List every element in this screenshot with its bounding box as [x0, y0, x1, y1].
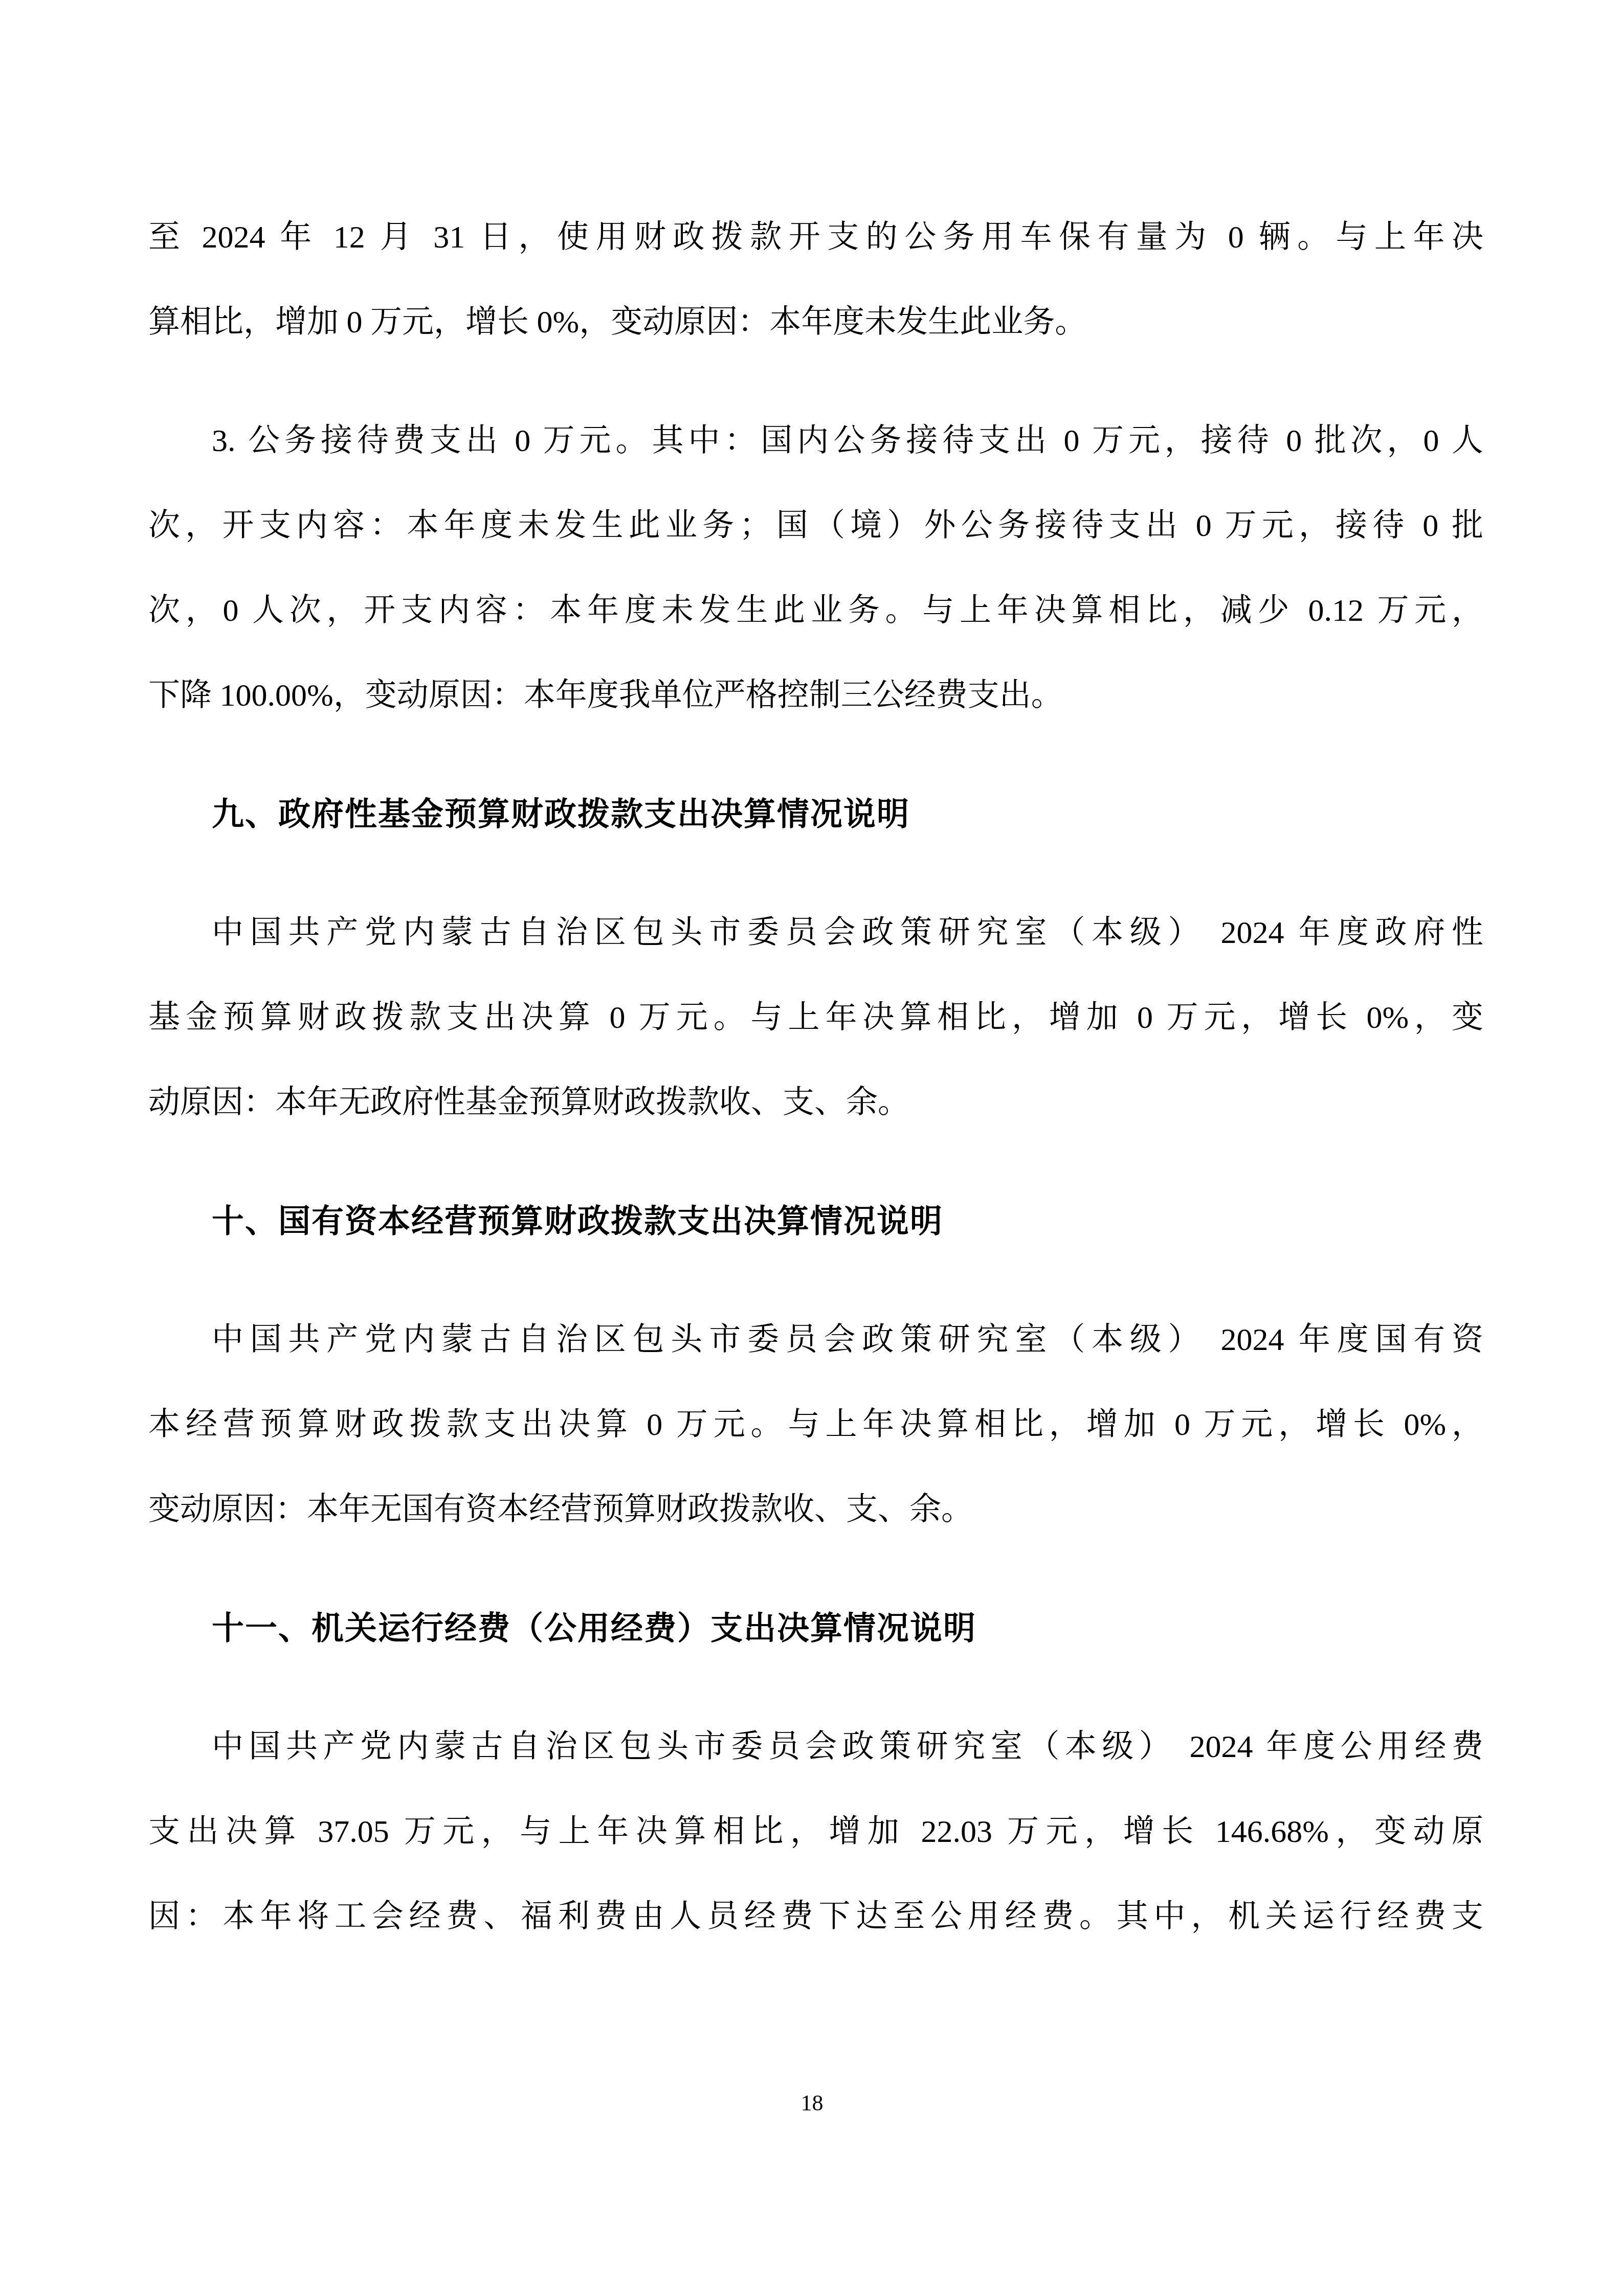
paragraph-operating-expense: 中国共产党内蒙古自治区包头市委员会政策研究室（本级） 2024 年度公用经费 支… — [148, 1704, 1483, 1959]
text-line: 至 2024 年 12 月 31 日，使用财政拨款开支的公务用车保有量为 0 辆… — [148, 195, 1483, 280]
text-line: 中国共产党内蒙古自治区包头市委员会政策研究室（本级） 2024 年度政府性 — [148, 890, 1483, 975]
paragraph-official-vehicle: 至 2024 年 12 月 31 日，使用财政拨款开支的公务用车保有量为 0 辆… — [148, 195, 1483, 365]
heading-section-10-state-capital: 十、国有资本经营预算财政拨款支出决算情况说明 — [148, 1179, 1483, 1264]
paragraph-official-reception: 3. 公务接待费支出 0 万元。其中：国内公务接待支出 0 万元，接待 0 批次… — [148, 398, 1483, 738]
text-line: 下降 100.00%，变动原因：本年度我单位严格控制三公经费支出。 — [148, 653, 1483, 738]
document-page: 至 2024 年 12 月 31 日，使用财政拨款开支的公务用车保有量为 0 辆… — [0, 0, 1624, 2296]
paragraph-state-capital: 中国共产党内蒙古自治区包头市委员会政策研究室（本级） 2024 年度国有资 本经… — [148, 1297, 1483, 1552]
text-line: 中国共产党内蒙古自治区包头市委员会政策研究室（本级） 2024 年度公用经费 — [148, 1704, 1483, 1789]
text-line: 中国共产党内蒙古自治区包头市委员会政策研究室（本级） 2024 年度国有资 — [148, 1297, 1483, 1382]
page-footer: 18 — [0, 2069, 1624, 2137]
text-line: 本经营预算财政拨款支出决算 0 万元。与上年决算相比，增加 0 万元，增长 0%… — [148, 1382, 1483, 1467]
document-text-column: 至 2024 年 12 月 31 日，使用财政拨款开支的公务用车保有量为 0 辆… — [148, 195, 1483, 1993]
heading-section-9-gov-fund: 九、政府性基金预算财政拨款支出决算情况说明 — [148, 772, 1483, 857]
text-line: 动原因：本年无政府性基金预算财政拨款收、支、余。 — [148, 1060, 1483, 1145]
text-line: 次，0 人次，开支内容：本年度未发生此业务。与上年决算相比，减少 0.12 万元… — [148, 568, 1483, 653]
text-line: 因：本年将工会经费、福利费由人员经费下达至公用经费。其中，机关运行经费支 — [148, 1874, 1483, 1959]
heading-section-11-operating-expense: 十一、机关运行经费（公用经费）支出决算情况说明 — [148, 1586, 1483, 1671]
text-line: 3. 公务接待费支出 0 万元。其中：国内公务接待支出 0 万元，接待 0 批次… — [148, 398, 1483, 483]
text-line: 基金预算财政拨款支出决算 0 万元。与上年决算相比，增加 0 万元，增长 0%，… — [148, 975, 1483, 1060]
paragraph-gov-fund: 中国共产党内蒙古自治区包头市委员会政策研究室（本级） 2024 年度政府性 基金… — [148, 890, 1483, 1145]
text-line: 次，开支内容：本年度未发生此业务；国（境）外公务接待支出 0 万元，接待 0 批 — [148, 483, 1483, 568]
page-number: 18 — [801, 2090, 824, 2115]
text-line: 变动原因：本年无国有资本经营预算财政拨款收、支、余。 — [148, 1467, 1483, 1552]
text-line: 支出决算 37.05 万元，与上年决算相比，增加 22.03 万元，增长 146… — [148, 1789, 1483, 1874]
text-line: 算相比，增加 0 万元，增长 0%，变动原因：本年度未发生此业务。 — [148, 280, 1483, 365]
